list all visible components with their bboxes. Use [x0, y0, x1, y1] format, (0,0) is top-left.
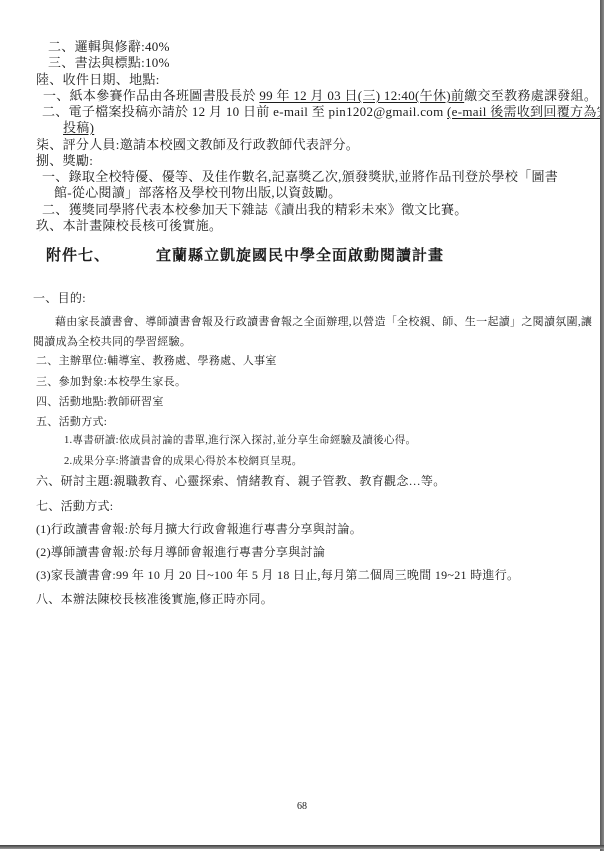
line-section9-approval: 玖、本計畫陳校長核可後實施。	[36, 218, 222, 234]
line-award2: 二、獲獎同學將代表本校參加天下雜誌《讀出我的精彩未來》徵文比賽。	[42, 202, 468, 218]
line-paper-submission: 一、紙本參賽作品由各班圖書股長於 99 年 12 月 03 日(三) 12:40…	[43, 88, 597, 104]
line-section7-graders: 柒、評分人員:邀請本校國文教師及行政教師代表評分。	[36, 137, 359, 153]
line-method2: 2.成果分享:將讀書會的成果心得於本校網頁呈現。	[64, 455, 303, 468]
line-method1: 1.專書研讀:依成員討論的書單,進行深入探討,並分享生命經驗及讀後心得。	[64, 434, 416, 447]
line-score-logic: 二、邏輯與修辭:40%	[48, 39, 170, 55]
paper-submission-deadline: 99 年 12 月 03 日(三) 12:40(午休)前	[259, 88, 464, 103]
line-activity-heading: 七、活動方式:	[36, 499, 113, 514]
email-submission-pre: 二、電子檔案投稿亦請於 12 月 10 日前 e-mail 至 pin1202@…	[42, 104, 447, 119]
email-submission-note-cont: 投稿)	[63, 120, 94, 135]
page-edge-bottom-shadow	[0, 845, 604, 849]
line-purpose-heading: 一、目的:	[33, 291, 86, 306]
line-section6-heading: 陸、收件日期、地點:	[36, 72, 160, 88]
line-topics: 六、研討主題:親職教育、心靈探索、情緒教育、親子管教、教育觀念…等。	[36, 474, 446, 489]
line-approval: 八、本辦法陳校長核准後實施,修正時亦同。	[36, 592, 273, 607]
document-page: 二、邏輯與修辭:40% 三、書法與標點:10% 陸、收件日期、地點: 一、紙本參…	[0, 0, 604, 851]
line-participants: 三、參加對象:本校學生家長。	[36, 376, 186, 390]
line-email-submission: 二、電子檔案投稿亦請於 12 月 10 日前 e-mail 至 pin1202@…	[42, 104, 604, 120]
line-activity1: (1)行政讀書會報:於每月擴大行政會報進行專書分享與討論。	[36, 522, 362, 537]
attachment-title-row: 附件七、宜蘭縣立凱旋國民中學全面啟動閱讀計畫	[46, 247, 444, 266]
line-location: 四、活動地點:教師研習室	[36, 396, 164, 410]
paper-submission-pre: 一、紙本參賽作品由各班圖書股長於	[43, 88, 259, 103]
page-number: 68	[0, 801, 604, 812]
line-award1-part1: 一、錄取全校特優、優等、及佳作數名,記嘉獎乙次,頒發獎狀,並將作品刊登於學校「圖…	[42, 169, 558, 185]
page-edge-right-shadow	[600, 0, 604, 851]
line-email-submission-cont: 投稿)	[63, 120, 94, 136]
email-submission-note: (e-mail 後需收到回覆方為完成	[447, 104, 604, 119]
paper-submission-post: 繳交至教務處課發組。	[464, 88, 597, 103]
line-method-heading: 五、活動方式:	[36, 416, 107, 430]
attachment-label: 附件七、	[46, 248, 110, 264]
line-activity3: (3)家長讀書會:99 年 10 月 20 日~100 年 5 月 18 日止,…	[36, 568, 519, 583]
line-score-calligraphy: 三、書法與標點:10%	[48, 55, 170, 71]
line-purpose-body2: 閱讀成為全校共同的學習經驗。	[33, 336, 191, 350]
line-purpose-body1: 藉由家長讀書會、導師讀書會報及行政讀書會報之全面辦理,以營造「全校親、師、生一起…	[55, 316, 592, 330]
line-activity2: (2)導師讀書會報:於每月導師會報進行專書分享與討論	[36, 545, 325, 560]
line-section8-heading: 捌、獎勵:	[36, 153, 93, 169]
line-award1-part2: 館-從心閱讀」部落格及學校刊物出版,以資鼓勵。	[54, 185, 341, 201]
line-organizer: 二、主辦單位:輔導室、教務處、學務處、人事室	[36, 355, 277, 369]
attachment-title: 宜蘭縣立凱旋國民中學全面啟動閱讀計畫	[156, 248, 444, 264]
